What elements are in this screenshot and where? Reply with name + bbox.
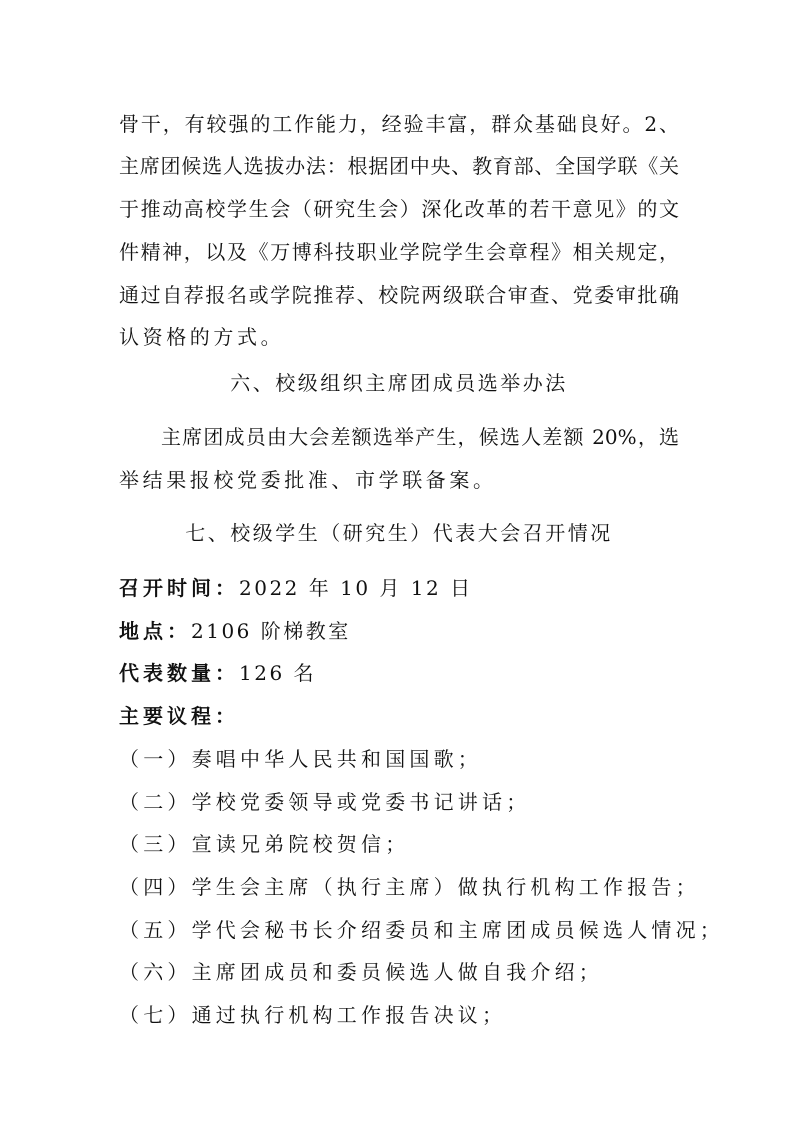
agenda-item: （六）主席团成员和委员候选人做自我介绍；	[119, 958, 679, 986]
delegates-row: 代表数量：126 名	[119, 659, 679, 687]
agenda-item: （一）奏唱中华人民共和国国歌；	[119, 745, 679, 773]
document-page: 骨干，有较强的工作能力，经验丰富，群众基础良好。2、 主席团候选人选拔办法：根据…	[0, 0, 793, 1122]
paragraph-line: 于推动高校学生会（研究生会）深化改革的若干意见》的文	[119, 195, 679, 223]
meeting-time-value: 2022 年 10 月 12 日	[239, 576, 473, 600]
delegates-value: 126 名	[239, 661, 316, 685]
meeting-time-label: 召开时间：	[119, 576, 239, 600]
agenda-item: （四）学生会主席（执行主席）做执行机构工作报告；	[119, 873, 679, 901]
delegates-label: 代表数量：	[119, 661, 239, 685]
paragraph-line: 骨干，有较强的工作能力，经验丰富，群众基础良好。2、	[119, 110, 679, 138]
section-heading-6: 六、校级组织主席团成员选举办法	[119, 369, 679, 397]
location-row: 地点：2106 阶梯教室	[119, 617, 679, 645]
agenda-item: （三）宣读兄弟院校贺信；	[119, 830, 679, 858]
agenda-item: （七）通过执行机构工作报告决议；	[119, 1001, 679, 1029]
location-label: 地点：	[119, 619, 191, 643]
paragraph-line: 主席团候选人选拔办法：根据团中央、教育部、全国学联《关	[119, 152, 679, 180]
section-heading-7: 七、校级学生（研究生）代表大会召开情况	[119, 519, 679, 547]
paragraph-line: 主席团成员由大会差额选举产生，候选人差额 20%，选	[119, 423, 679, 451]
location-value: 2106 阶梯教室	[191, 619, 351, 643]
agenda-label: 主要议程：	[119, 704, 239, 728]
paragraph-line: 通过自荐报名或学院推荐、校院两级联合审查、党委审批确	[119, 281, 679, 309]
meeting-time-row: 召开时间：2022 年 10 月 12 日	[119, 574, 679, 602]
agenda-item: （二）学校党委领导或党委书记讲话；	[119, 788, 679, 816]
paragraph-line: 件精神，以及《万博科技职业学院学生会章程》相关规定，	[119, 238, 679, 266]
agenda-item: （五）学代会秘书长介绍委员和主席团成员候选人情况；	[119, 916, 679, 944]
paragraph-line: 认资格的方式。	[119, 323, 679, 351]
paragraph-line: 举结果报校党委批准、市学联备案。	[119, 466, 679, 494]
agenda-heading-row: 主要议程：	[119, 702, 679, 730]
